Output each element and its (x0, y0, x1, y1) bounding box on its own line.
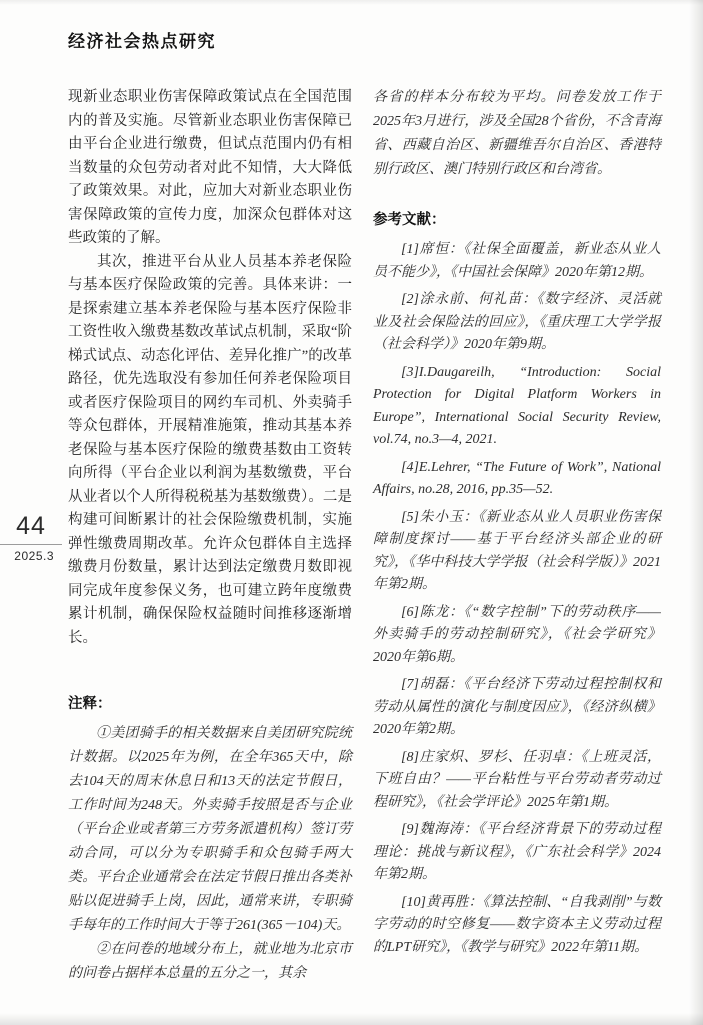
reference-item: [9]魏海涛：《平台经济背景下的劳动过程理论：挑战与新议程》，《广东社会科学》2… (373, 819, 661, 887)
reference-item: [5]朱小玉：《新业态从业人员职业伤害保障制度探讨——基于平台经济头部企业的研究… (373, 507, 661, 597)
reference-item: [2]涂永前、何礼苗：《数字经济、灵活就业及社会保险法的回应》，《重庆理工大学学… (373, 289, 661, 357)
note-item: ②在问卷的地域分布上，就业地为北京市的问卷占据样本总量的五分之一，其余 (68, 938, 352, 986)
left-column: 现新业态职业伤害保障政策试点在全国范围内的普及实施。尽管新业态职业伤害保障已由平… (68, 86, 352, 986)
reference-item: [10]黄再胜：《算法控制、“自我剥削”与数字劳动的时空修复——数字资本主义劳动… (373, 892, 661, 960)
reference-item: [8]庄家炽、罗杉、任羽卓：《上班灵活，下班自由？——平台粘性与平台劳动者劳动过… (373, 747, 661, 815)
page-margin-block: 44 2025.3 (0, 512, 62, 563)
references-heading: 参考文献： (373, 208, 661, 229)
reference-item: [4]E.Lehrer, “The Future of Work”, Natio… (373, 457, 661, 502)
two-column-layout: 现新业态职业伤害保障政策试点在全国范围内的普及实施。尽管新业态职业伤害保障已由平… (68, 86, 661, 986)
notes-heading: 注释： (68, 692, 352, 713)
body-paragraph: 现新业态职业伤害保障政策试点在全国范围内的普及实施。尽管新业态职业伤害保障已由平… (68, 86, 352, 251)
reference-item: [6]陈龙：《“数字控制”下的劳动秩序——外卖骑手的劳动控制研究》，《社会学研究… (373, 602, 661, 670)
journal-page: 经济社会热点研究 44 2025.3 现新业态职业伤害保障政策试点在全国范围内的… (0, 0, 703, 1025)
section-header: 经济社会热点研究 (68, 27, 216, 52)
margin-divider (0, 544, 62, 545)
reference-item: [1]席恒：《社保全面覆盖，新业态从业人员不能少》，《中国社会保障》2020年第… (373, 239, 661, 284)
issue-number: 2025.3 (0, 549, 62, 563)
scan-edge-shadow (689, 0, 703, 1025)
reference-item: [7]胡磊：《平台经济下劳动过程控制权和劳动从属性的演化与制度因应》，《经济纵横… (373, 674, 661, 742)
scan-edge-shadow (0, 0, 703, 5)
note-item: ①美团骑手的相关数据来自美团研究院统计数据。以2025年为例，在全年365天中，… (68, 722, 352, 938)
reference-item: [3]I.Daugareilh, “Introduction: Social P… (373, 362, 661, 452)
right-column: 各省的样本分布较为平均。问卷发放工作于2025年3月进行，涉及全国28个省份，不… (373, 86, 661, 986)
note-continuation: 各省的样本分布较为平均。问卷发放工作于2025年3月进行，涉及全国28个省份，不… (373, 86, 661, 182)
scan-edge-shadow (0, 1013, 703, 1025)
page-number: 44 (0, 512, 62, 541)
body-paragraph: 其次，推进平台从业人员基本养老保险与基本医疗保险政策的完善。具体来讲：一是探索建… (68, 251, 352, 651)
